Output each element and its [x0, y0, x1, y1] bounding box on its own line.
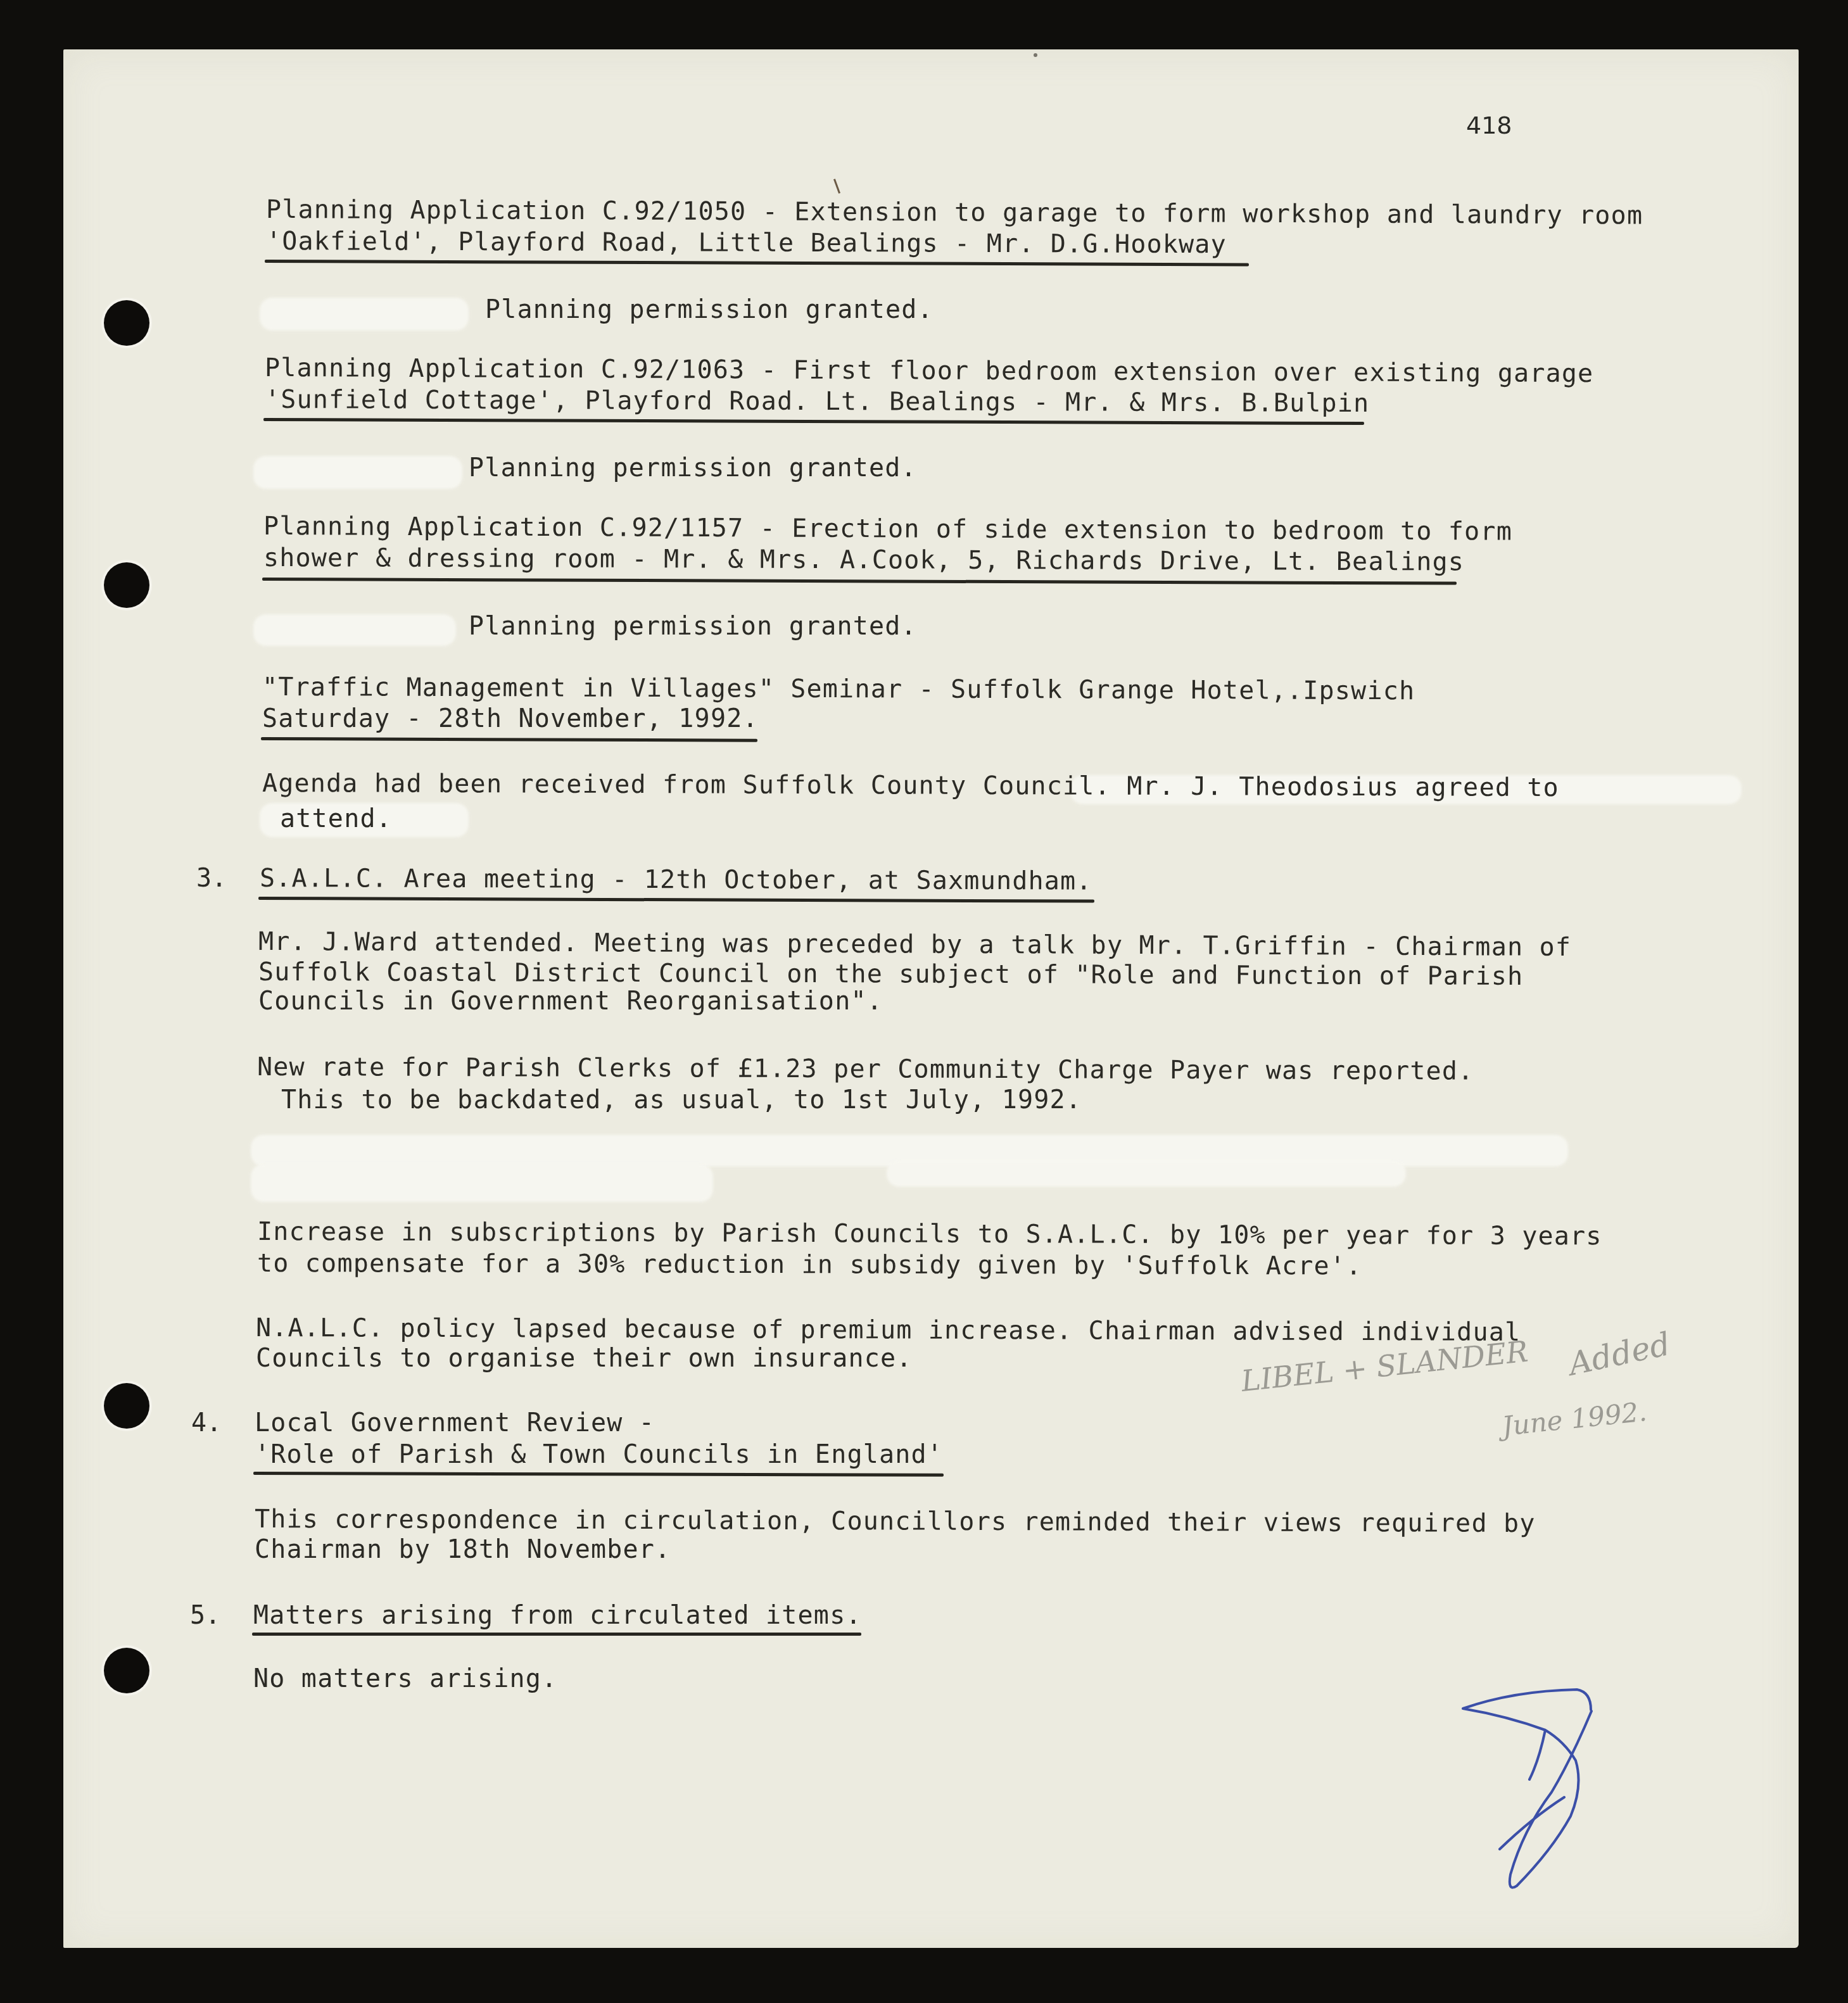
paragraph-line: New rate for Parish Clerks of £1.23 per …	[257, 1052, 1474, 1086]
planning-application-subtitle: shower & dressing room - Mr. & Mrs. A.Co…	[263, 543, 1464, 577]
underline	[263, 418, 1364, 425]
seminar-body: attend.	[280, 804, 392, 833]
pencil-annotation: June 1992.	[1500, 1396, 1648, 1442]
correction-fluid	[253, 614, 456, 646]
paragraph-line: Chairman by 18th November.	[255, 1535, 671, 1564]
planning-application-title: Planning Application C.92/1063 - First f…	[265, 353, 1594, 388]
correction-fluid	[253, 456, 462, 489]
planning-application-subtitle: 'Sunfield Cottage', Playford Road. Lt. B…	[265, 385, 1370, 418]
planning-decision: Planning permission granted.	[485, 295, 933, 324]
underline	[253, 1472, 944, 1477]
planning-decision: Planning permission granted.	[469, 612, 917, 641]
item-heading: Local Government Review -	[255, 1408, 655, 1437]
planning-application-title: Planning Application C.92/1050 - Extensi…	[266, 195, 1643, 230]
punch-hole	[104, 1648, 149, 1693]
punch-hole	[104, 562, 149, 608]
item-heading: S.A.L.C. Area meeting - 12th October, at…	[260, 864, 1092, 896]
seminar-title: "Traffic Management in Villages" Seminar…	[262, 673, 1415, 705]
seminar-body: Agenda had been received from Suffolk Co…	[262, 769, 1559, 802]
paper-mark	[1034, 53, 1037, 57]
paragraph-line: Councils in Government Reorganisation".	[258, 987, 883, 1016]
planning-decision: Planning permission granted.	[469, 453, 917, 483]
planning-application-title: Planning Application C.92/1157 - Erectio…	[263, 512, 1512, 547]
paragraph-line: No matters arising.	[253, 1664, 557, 1693]
underline	[258, 897, 1094, 903]
item-heading: 'Role of Parish & Town Councils in Engla…	[255, 1440, 943, 1469]
paragraph-line: Increase in subscriptions by Parish Coun…	[257, 1217, 1602, 1251]
paper-mark	[833, 179, 840, 194]
pencil-annotation: Added	[1566, 1325, 1673, 1382]
document-page: 418 Planning Application C.92/1050 - Ext…	[63, 49, 1799, 1948]
correction-fluid	[260, 298, 469, 331]
underline	[252, 1633, 861, 1636]
paragraph-line: Mr. J.Ward attended. Meeting was precede…	[258, 927, 1571, 962]
paragraph-line: Councils to organise their own insurance…	[256, 1344, 913, 1373]
paragraph-line: This to be backdated, as usual, to 1st J…	[281, 1085, 1082, 1115]
paragraph-line: This correspondence in circulation, Coun…	[255, 1505, 1536, 1538]
correction-fluid	[251, 1164, 713, 1202]
seminar-date: Saturday - 28th November, 1992.	[262, 704, 759, 733]
punch-hole	[104, 1383, 149, 1429]
correction-fluid	[887, 1160, 1406, 1187]
underline	[265, 260, 1249, 266]
paragraph-line: to compensate for a 30% reduction in sub…	[257, 1249, 1362, 1281]
item-number: 3.	[196, 864, 227, 893]
underline	[261, 737, 757, 742]
item-number: 5.	[190, 1601, 220, 1630]
page-number: 418	[1466, 111, 1512, 139]
paragraph-line: N.A.L.C. policy lapsed because of premiu…	[256, 1313, 1521, 1347]
item-number: 4.	[191, 1408, 222, 1437]
punch-hole	[104, 300, 149, 346]
signature-icon	[1457, 1684, 1621, 1893]
underline	[262, 578, 1457, 585]
item-heading: Matters arising from circulated items.	[253, 1601, 862, 1630]
planning-application-subtitle: 'Oakfield', Playford Road, Little Bealin…	[266, 227, 1227, 259]
